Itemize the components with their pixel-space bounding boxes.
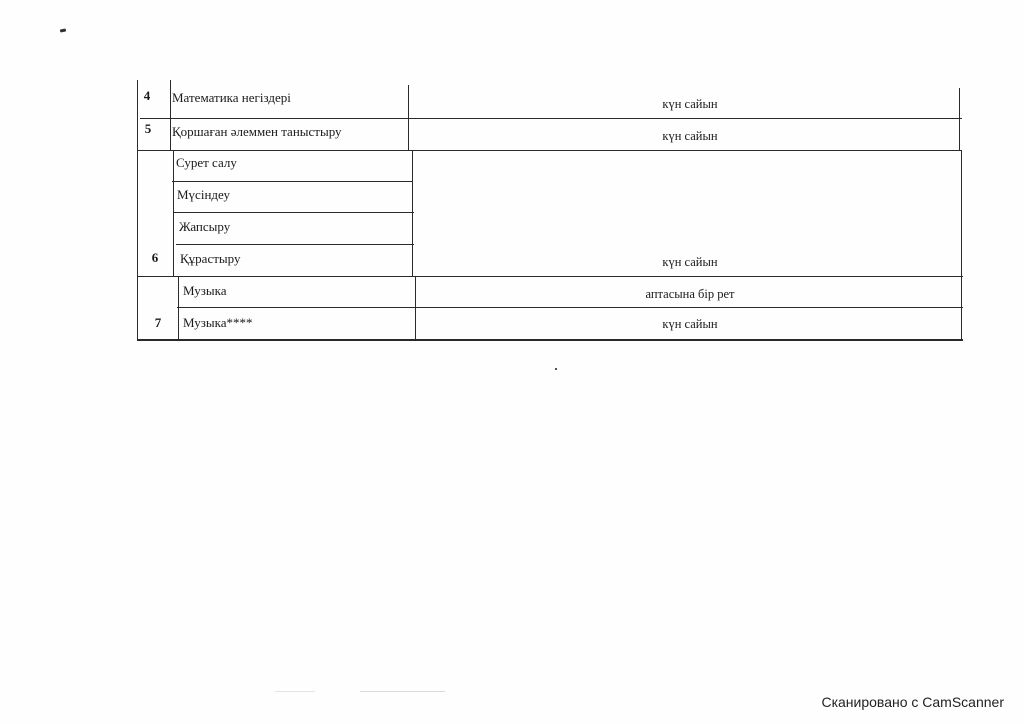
- scan-artifact-dot: [555, 368, 557, 370]
- scan-artifact-line: [275, 691, 315, 692]
- frequency: күн сайын: [540, 96, 840, 112]
- frequency: аптасына бір рет: [540, 286, 840, 302]
- row-divider: [172, 181, 412, 182]
- row-divider: [177, 307, 963, 308]
- frequency: күн сайын: [540, 128, 840, 144]
- row-divider: [174, 212, 414, 213]
- row-divider: [176, 244, 414, 245]
- table-right-border: [959, 88, 960, 150]
- camscanner-watermark: Сканировано с CamScanner: [821, 694, 1004, 710]
- row-number: 7: [143, 315, 173, 331]
- column-divider: [415, 276, 416, 340]
- frequency: күн сайын: [540, 254, 840, 270]
- column-divider: [408, 85, 409, 150]
- row-divider: [138, 150, 962, 151]
- table-left-border: [137, 80, 138, 340]
- column-divider: [412, 150, 413, 276]
- row-number: 4: [132, 88, 162, 104]
- table-bottom-border: [137, 339, 963, 341]
- subject-name: Музыка****: [183, 315, 253, 331]
- row-number: 6: [140, 250, 170, 266]
- column-divider: [178, 276, 179, 340]
- subject-name: Музыка: [183, 283, 227, 299]
- subject-name: Қоршаған әлеммен таныстыру: [172, 124, 342, 140]
- schedule-table: 4 Математика негіздері күн сайын 5 Қорша…: [0, 0, 1024, 360]
- frequency: күн сайын: [540, 316, 840, 332]
- subject-name: Математика негіздері: [172, 90, 291, 106]
- row-number: 5: [133, 121, 163, 137]
- table-right-border: [961, 150, 962, 340]
- scanned-page: 4 Математика негіздері күн сайын 5 Қорша…: [0, 0, 1024, 724]
- scan-artifact-line: [360, 691, 445, 692]
- column-divider: [170, 80, 171, 150]
- row-divider: [137, 276, 963, 277]
- subject-name: Құрастыру: [180, 251, 240, 267]
- row-divider: [140, 118, 962, 119]
- subject-name: Мүсіндеу: [177, 187, 230, 203]
- column-divider: [173, 150, 174, 276]
- subject-name: Жапсыру: [179, 219, 230, 235]
- subject-name: Сурет салу: [176, 155, 237, 171]
